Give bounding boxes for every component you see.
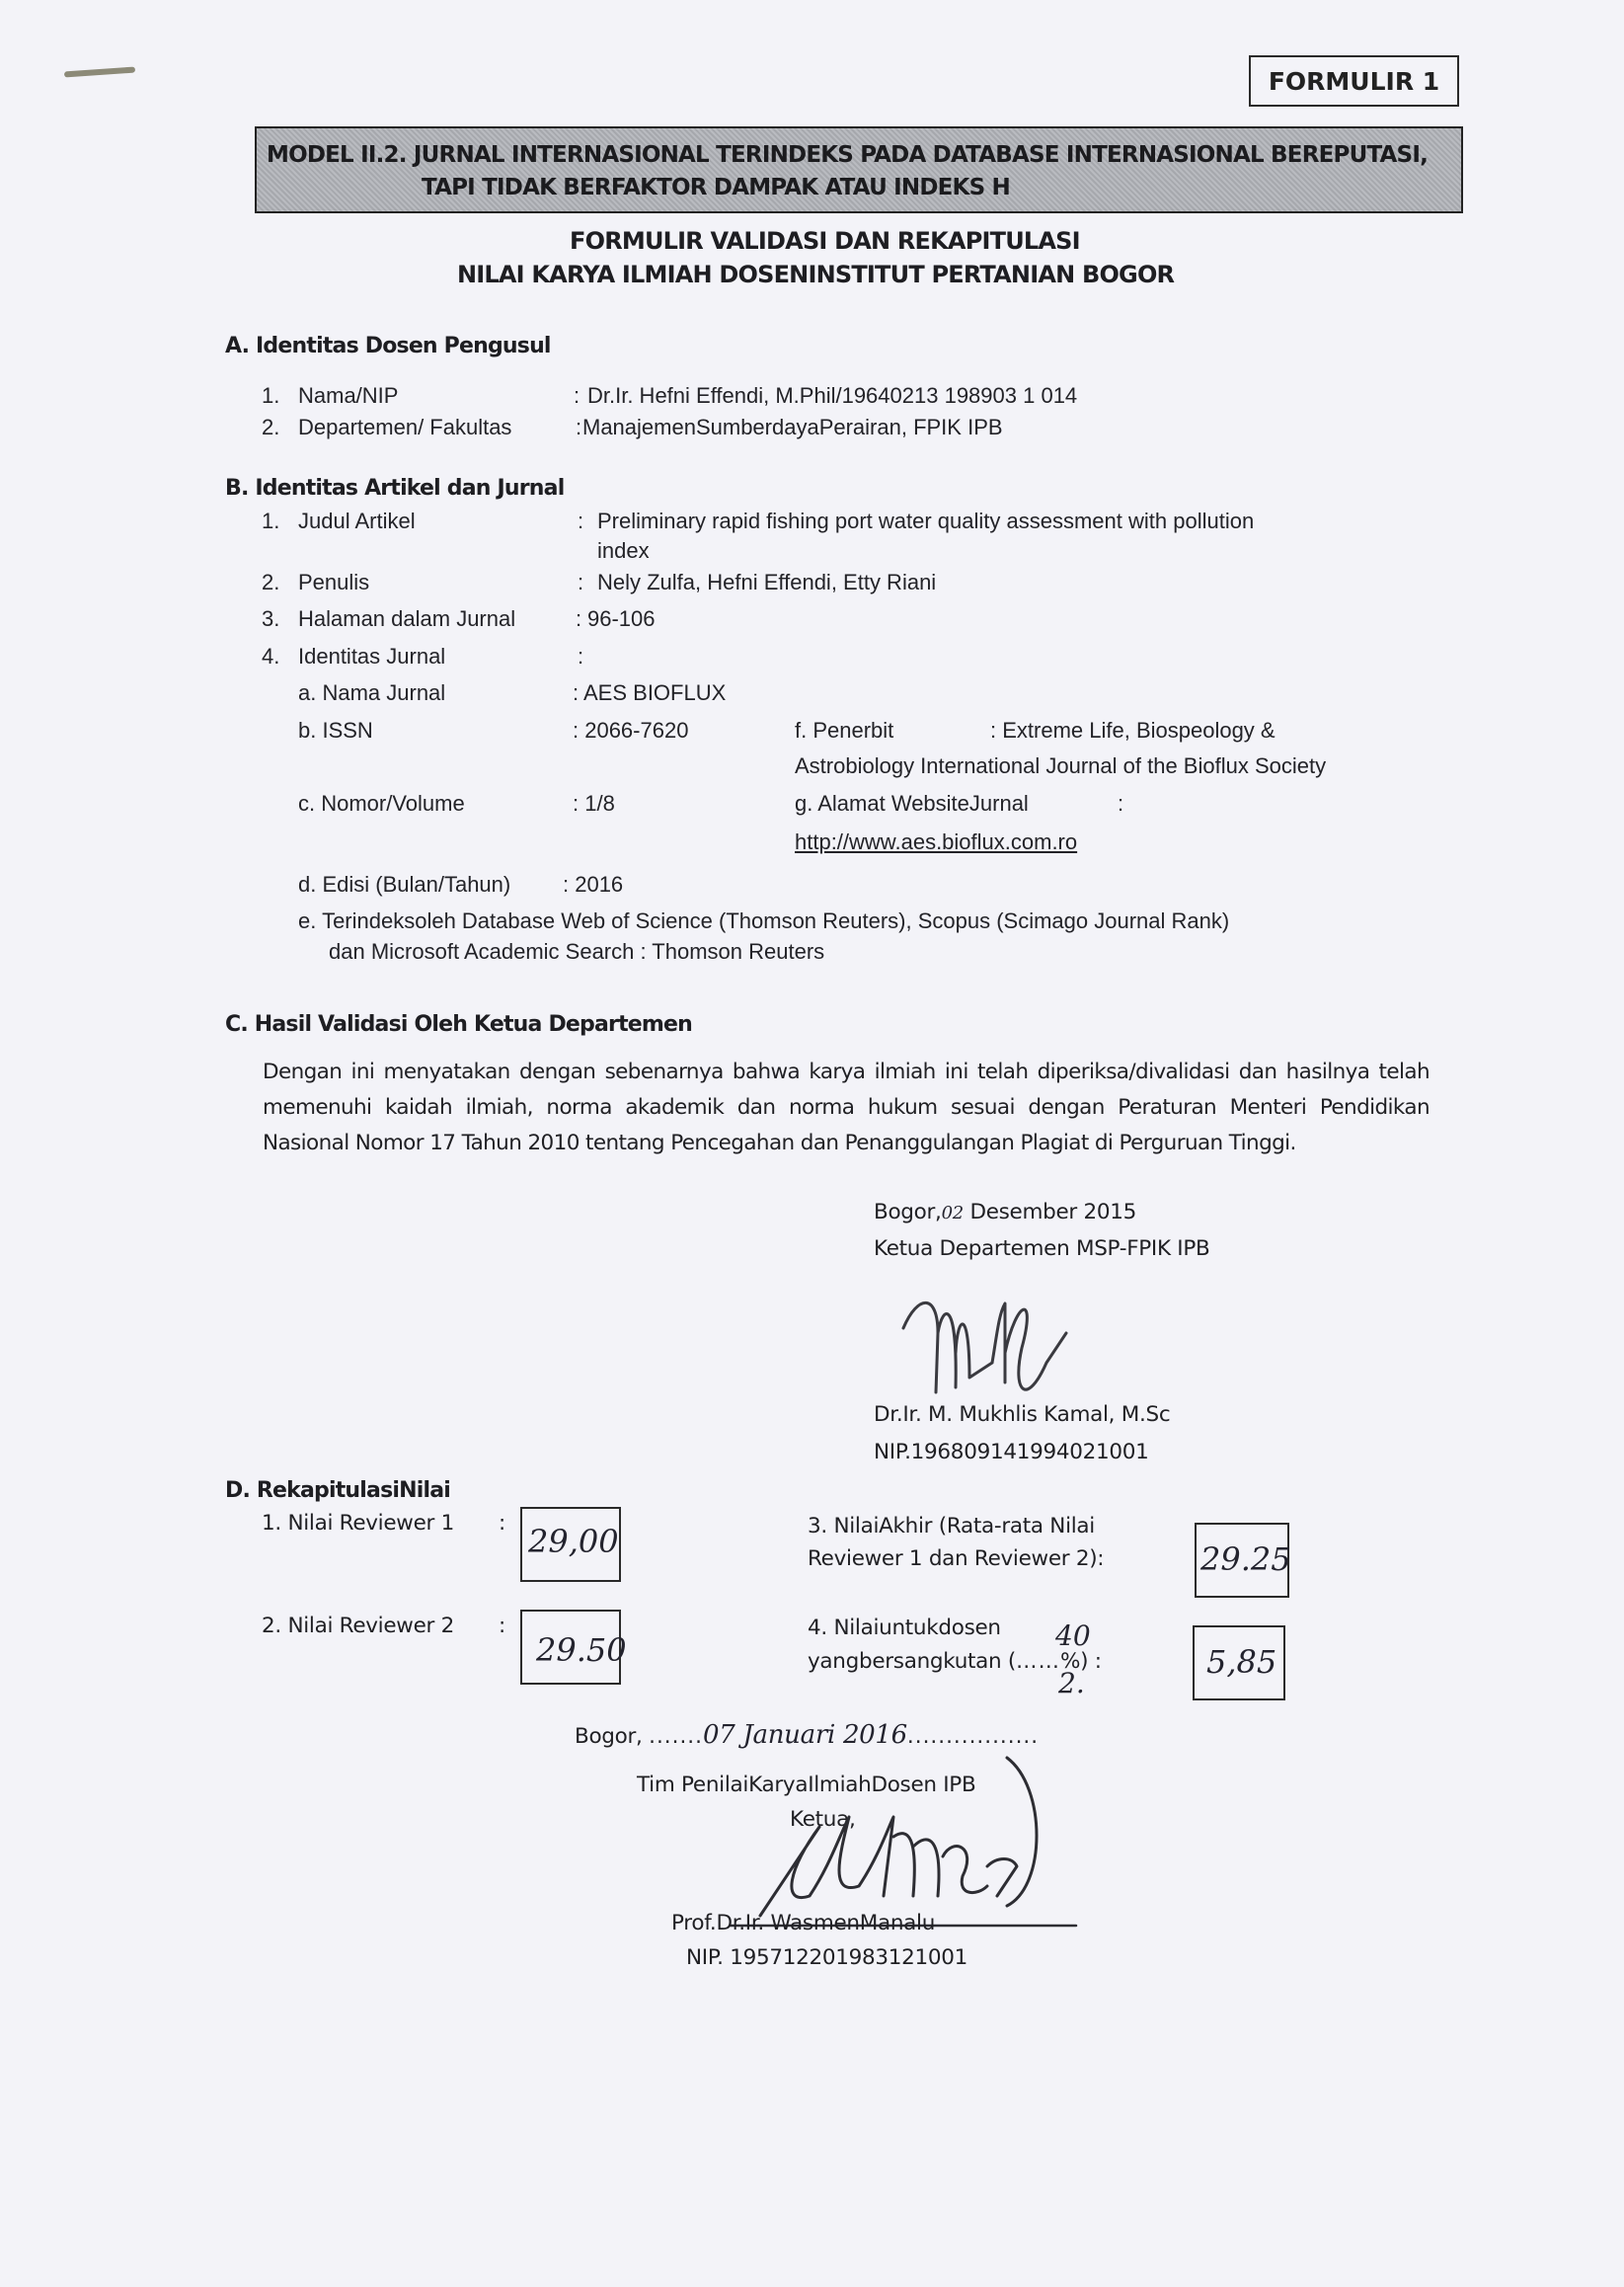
reviewer2-score: 29.50 <box>536 1631 627 1669</box>
section-a-heading: A. Identitas Dosen Pengusul <box>225 334 551 358</box>
final-score-label-line2: Reviewer 1 dan Reviewer 2): <box>808 1546 1104 1571</box>
dept-date-line: Bogor,02 Desember 2015 <box>874 1200 1136 1224</box>
dept-signer-name: Dr.Ir. M. Mukhlis Kamal, M.Sc <box>874 1402 1170 1427</box>
journal-issn-value: : 2066-7620 <box>573 718 688 744</box>
journal-edition-value: : 2016 <box>563 872 623 898</box>
field-value-continued: index <box>597 538 650 564</box>
reviewer2-separator: : <box>499 1614 505 1638</box>
team-signer-nip: NIP. 195712201983121001 <box>686 1945 967 1970</box>
field-label: Identitas Jurnal <box>298 644 445 670</box>
reviewer1-separator: : <box>499 1511 505 1536</box>
field-halaman: 3. Halaman dalam Jurnal : 96-106 <box>262 606 279 632</box>
item-number: 1. <box>262 509 279 533</box>
field-label: Halaman dalam Jurnal <box>298 606 515 632</box>
field-separator: : <box>576 415 581 440</box>
item-number: 3. <box>262 606 279 631</box>
website-label: g. Alamat WebsiteJurnal <box>795 791 1029 817</box>
reviewer2-score-box: 29.50 <box>520 1610 621 1685</box>
model-title-line1: MODEL II.2. JURNAL INTERNASIONAL TERINDE… <box>267 139 1428 171</box>
field-label: Judul Artikel <box>298 509 416 534</box>
field-value: Nely Zulfa, Hefni Effendi, Etty Riani <box>597 570 936 595</box>
item-number: 2. <box>262 570 279 594</box>
handwritten-divisor: 2. <box>1058 1667 1085 1699</box>
lecturer-score-label-line1: 4. Nilaiuntukdosen <box>808 1616 1001 1640</box>
section-b-heading: B. Identitas Artikel dan Jurnal <box>225 476 564 501</box>
team-signer-name: Prof.Dr.Ir. WasmenManalu <box>671 1911 935 1935</box>
footer-handwritten-date: 07 Januari 2016 <box>703 1720 907 1750</box>
field-separator: : <box>578 570 583 595</box>
journal-name-value: : AES BIOFLUX <box>573 680 726 706</box>
field-departemen: 2. Departemen/ Fakultas : ManajemenSumbe… <box>262 415 279 440</box>
final-score: 29.25 <box>1200 1540 1291 1578</box>
field-separator: : <box>576 606 581 632</box>
reviewer2-label: 2. Nilai Reviewer 2 <box>262 1614 454 1638</box>
date-place: Bogor, <box>874 1200 942 1224</box>
field-value: 96-106 <box>587 606 656 632</box>
footer-date-place: Bogor, <box>575 1724 649 1749</box>
date-month-year: Desember 2015 <box>969 1200 1136 1224</box>
item-number: 2. <box>262 415 279 439</box>
item-number: 4. <box>262 644 279 669</box>
final-score-label-line1: 3. NilaiAkhir (Rata-rata Nilai <box>808 1514 1095 1538</box>
publisher-label: f. Penerbit <box>795 718 893 744</box>
website-separator: : <box>1118 791 1123 817</box>
validation-statement: Dengan ini menyatakan dengan sebenarnya … <box>263 1055 1430 1161</box>
lecturer-score: 5,85 <box>1206 1643 1276 1681</box>
journal-name-label: a. Nama Jurnal <box>298 680 445 706</box>
publisher-value-continued: Astrobiology International Journal of th… <box>795 753 1326 779</box>
section-c-heading: C. Hasil Validasi Oleh Ketua Departemen <box>225 1012 692 1037</box>
handwritten-day: 02 <box>942 1203 964 1223</box>
field-label: Penulis <box>298 570 369 595</box>
field-identitas-jurnal: 4. Identitas Jurnal : <box>262 644 279 670</box>
indexed-by-line1: e. Terindeksoleh Database Web of Science… <box>298 908 1229 934</box>
form-title-line1: FORMULIR VALIDASI DAN REKAPITULASI <box>570 227 1080 255</box>
lecturer-label-prefix: yangbersangkutan ( <box>808 1649 1016 1674</box>
footer-date-line: Bogor, .......07 Januari 2016...........… <box>575 1720 1039 1750</box>
lecturer-score-box: 5,85 <box>1193 1625 1285 1700</box>
dept-role: Ketua Departemen MSP-FPIK IPB <box>874 1236 1209 1261</box>
journal-issn-label: b. ISSN <box>298 718 373 744</box>
journal-edition-label: d. Edisi (Bulan/Tahun) <box>298 872 510 898</box>
field-nama-nip: 1. Nama/NIP : Dr.Ir. Hefni Effendi, M.Ph… <box>262 383 279 409</box>
field-label: Departemen/ Fakultas <box>298 415 511 440</box>
form-number-label: FORMULIR 1 <box>1249 55 1459 107</box>
field-separator: : <box>578 509 583 534</box>
item-number: 1. <box>262 383 279 408</box>
field-value: ManajemenSumberdayaPerairan, FPIK IPB <box>582 415 1003 440</box>
handwritten-percent: 40 <box>1055 1619 1091 1652</box>
reviewer1-score: 29,00 <box>528 1523 619 1560</box>
dept-head-signature <box>898 1294 1076 1412</box>
model-title-line2: TAPI TIDAK BERFAKTOR DAMPAK ATAU INDEKS … <box>422 172 1010 203</box>
reviewer1-score-box: 29,00 <box>520 1507 621 1582</box>
form-title-line2: NILAI KARYA ILMIAH DOSENINSTITUT PERTANI… <box>457 261 1174 288</box>
field-label: Nama/NIP <box>298 383 398 409</box>
field-penulis: 2. Penulis : Nely Zulfa, Hefni Effendi, … <box>262 570 279 595</box>
field-separator: : <box>574 383 580 409</box>
staple-mark <box>64 66 135 77</box>
field-judul-artikel: 1. Judul Artikel : Preliminary rapid fis… <box>262 509 279 534</box>
field-value: Dr.Ir. Hefni Effendi, M.Phil/19640213 19… <box>587 383 1077 409</box>
journal-volume-label: c. Nomor/Volume <box>298 791 465 817</box>
field-value: Preliminary rapid fishing port water qua… <box>597 509 1254 534</box>
field-separator: : <box>578 644 583 670</box>
indexed-by-line2: dan Microsoft Academic Search : Thomson … <box>329 939 824 965</box>
final-score-box: 29.25 <box>1195 1523 1289 1598</box>
publisher-value: : Extreme Life, Biospeology & <box>990 718 1276 744</box>
website-link[interactable]: http://www.aes.bioflux.com.ro <box>795 829 1077 855</box>
section-d-heading: D. RekapitulasiNilai <box>225 1478 450 1503</box>
dept-signer-nip: NIP.196809141994021001 <box>874 1440 1149 1464</box>
journal-volume-value: : 1/8 <box>573 791 615 817</box>
model-header-band: MODEL II.2. JURNAL INTERNASIONAL TERINDE… <box>255 126 1463 213</box>
reviewer1-label: 1. Nilai Reviewer 1 <box>262 1511 454 1536</box>
